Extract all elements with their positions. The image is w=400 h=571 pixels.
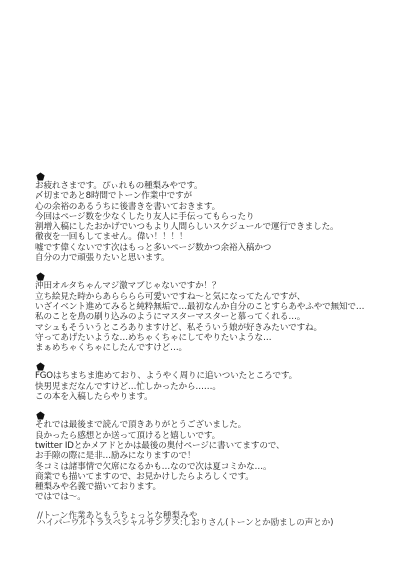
special-thanks: ハイパーウルトラスペシャルサンクス:しおりさん(トーンとか励ましの声とか) bbox=[37, 518, 333, 528]
text-line: 嘘です偉くないです次はもっと多いページ数かつ余裕入稿かつ bbox=[35, 243, 395, 253]
text-line: twitter IDとかメアドとかは最後の奥付ページに書いてますので、 bbox=[35, 441, 395, 451]
text-line: 商業でも描いてますので、お見かけしたらよろしくです。 bbox=[35, 472, 395, 482]
text-line: 割増入稿にしたおかげでいつもより人間らしいスケジュールで運行できました。 bbox=[35, 222, 395, 232]
pentagon-bullet-icon bbox=[36, 172, 45, 181]
text-line: 私のことを鳥の刷り込みのようにマスターマスターと慕ってくれる…。 bbox=[35, 312, 395, 322]
pentagon-bullet-icon bbox=[36, 411, 45, 420]
text-line: まぁめちゃくちゃにしたんですけど…。 bbox=[35, 343, 395, 353]
text-line: 今回はページ数を少なくしたり友人に手伝ってもらったり bbox=[35, 212, 395, 222]
text-line: マシュもそういうところありますけど、私そういう娘が好きみたいですね。 bbox=[35, 323, 395, 333]
afterword-body: お疲れさまです。ぴぃれもの種梨みやです。 〆切まであと8時間でトーン作業中ですが… bbox=[35, 172, 395, 521]
afterword-page: お疲れさまです。ぴぃれもの種梨みやです。 〆切まであと8時間でトーン作業中ですが… bbox=[0, 0, 400, 571]
section-spacer bbox=[35, 353, 395, 362]
afterword-section-closing: それでは最後まで読んで頂きありがとうございました。 良かったら感想とか送って頂け… bbox=[35, 411, 395, 502]
afterword-section-okita-alter: 沖田オルタちゃんマジ激マブじゃないですか！？ 立ち絵見た時からあらららら可愛いで… bbox=[35, 272, 395, 353]
text-line: 自分の力で頑張りたいと思います。 bbox=[35, 253, 395, 263]
text-line: FGOはちまちま進めており、ようやく周りに追いついたところです。 bbox=[35, 371, 395, 381]
text-line: 沖田オルタちゃんマジ激マブじゃないですか！？ bbox=[35, 281, 395, 291]
text-line: 守ってあげたいような…めちゃくちゃにしてやりたいような… bbox=[35, 333, 395, 343]
section-spacer bbox=[35, 263, 395, 272]
text-line: 種梨みや名義で描いております。 bbox=[35, 482, 395, 492]
text-line: 快男児まだなんですけど…忙しかったから……。 bbox=[35, 382, 395, 392]
text-line: お手隙の際に是非…励みになりますので！ bbox=[35, 451, 395, 461]
text-line: 冬コミは諸事情で欠席になるかも…なので次は夏コミかな…。 bbox=[35, 462, 395, 472]
text-line: この本を入稿したらやります。 bbox=[35, 392, 395, 402]
section-spacer bbox=[35, 402, 395, 411]
text-line: 心の余裕のあるうちに後書きを書いておきます。 bbox=[35, 202, 395, 212]
text-line: 徹夜を一回もしてません。偉い！！！！ bbox=[35, 232, 395, 242]
text-line: それでは最後まで読んで頂きありがとうございました。 bbox=[35, 420, 395, 430]
afterword-section-fgo: FGOはちまちま進めており、ようやく周りに追いついたところです。 快男児まだなん… bbox=[35, 362, 395, 402]
text-line: お疲れさまです。ぴぃれもの種梨みやです。 bbox=[35, 181, 395, 191]
afterword-section-greeting: お疲れさまです。ぴぃれもの種梨みやです。 〆切まであと8時間でトーン作業中ですが… bbox=[35, 172, 395, 263]
text-line: 〆切まであと8時間でトーン作業中ですが bbox=[35, 191, 395, 201]
text-line: 立ち絵見た時からあらららら可愛いですね～と気になってたんですが、 bbox=[35, 292, 395, 302]
text-line: 良かったら感想とか送って頂けると嬉しいです。 bbox=[35, 431, 395, 441]
text-line: ではでは～。 bbox=[35, 492, 395, 502]
text-line: いざイベント進めてみると純粋無垢で…最初なんか自分のことすらあやふやで無知で… bbox=[35, 302, 395, 312]
